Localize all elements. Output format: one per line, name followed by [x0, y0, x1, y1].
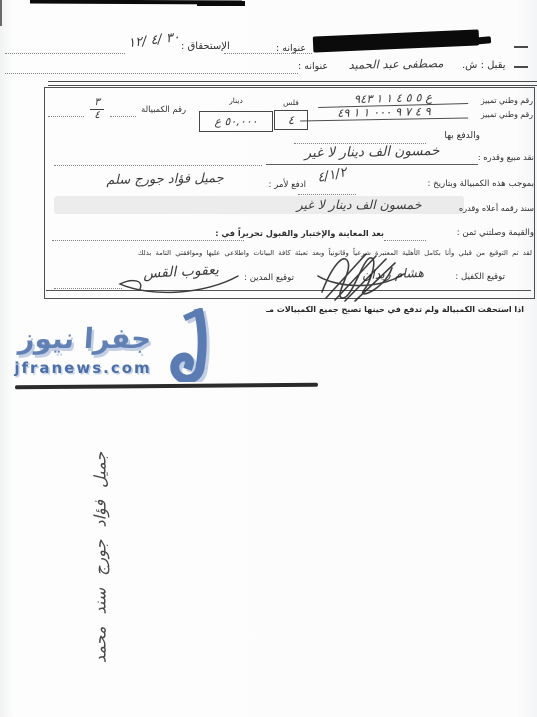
inspection-label: بعد المعاينة والإختبار والقبول تحريراً ف…: [246, 228, 384, 238]
guarantor-signature-scribble: [312, 246, 408, 302]
national-id-label-2: رقم وطني تمييز: [471, 110, 533, 119]
due-date-label: الإستحقاق :: [181, 41, 230, 52]
payee-name-value: جميل فؤاد جورج سلم: [82, 171, 248, 189]
reference-value: خمسون الف دينار لا غير: [266, 197, 452, 212]
redaction-bar-tail: [473, 36, 492, 45]
dotted-line: [298, 192, 356, 195]
bill-number-denominator: ٤: [94, 110, 100, 121]
dotted-line: [48, 114, 84, 117]
footnote-text: اذا استحقت الكمبيالة ولم تدفع في حينها ت…: [208, 305, 524, 314]
scanned-promissory-note: ٣٠ /٤ /١٢ الإستحقاق : عنوانه : يقبل : ش.…: [0, 0, 537, 717]
bill-number-label: رقم الكمبيالة: [138, 104, 186, 114]
watermark-arabic-text: جفرا نيوز: [11, 322, 159, 355]
debtor-signature-flourish: [114, 272, 242, 296]
dotted-line: [384, 238, 426, 241]
dotted-line: [52, 238, 244, 241]
dotted-line: [5, 51, 125, 54]
scan-artifact-left-edge: [0, 0, 2, 26]
reference-label: سند رقمه أعلاه وقدره: [450, 203, 534, 213]
redaction-bar: [313, 29, 480, 52]
acceptor-label: يقبل : ش.: [462, 60, 514, 71]
dotted-line: [54, 286, 122, 289]
amount-underline: [266, 162, 478, 165]
fils-value: ٤: [288, 113, 294, 127]
amount-label: نقد مبيع وقدره :: [476, 152, 534, 162]
due-date-value: ٣٠ /٤ /١٢: [125, 30, 182, 52]
dinar-value: ٥٠,٠٠٠ ع: [214, 115, 257, 128]
bill-number-fraction: ٣ ٤: [86, 97, 108, 120]
bill-number-numerator: ٣: [90, 97, 104, 110]
fils-label: فلس: [277, 98, 305, 107]
address-label-2: عنوانه :: [298, 61, 328, 72]
pay-order-label: ادفع لأمر :: [250, 180, 306, 190]
address-label-1: عنوانه :: [276, 43, 306, 54]
thick-separator-line: [15, 383, 318, 390]
fils-box: ٤: [274, 110, 308, 130]
jfranews-logo-icon: [156, 308, 210, 382]
value-received-label: والقيمة وصلتني ثمن :: [428, 228, 534, 238]
pay-with-label: والدفع بها: [426, 131, 480, 141]
debtor-signature-label: توقيع المدين :: [236, 273, 294, 283]
double-rule: [48, 81, 537, 86]
dotted-line: [5, 71, 298, 74]
per-bill-label: بموجب هذه الكمبيالة وبتاريخ :: [356, 179, 534, 189]
vertical-handwritten-note: جميل فؤاد جورج سند محمد: [91, 448, 110, 668]
margin-dash: [514, 66, 528, 68]
dinar-label: دينار: [216, 96, 256, 105]
scan-artifact-top-blob: [197, 1, 245, 6]
dotted-line: [110, 114, 136, 117]
national-id-value-2: ٩ ٤ ٧ ٩ ٠٠٠ ١ ١ ٤٩: [300, 104, 468, 122]
acceptor-name: مصطفى عبد الحميد: [332, 56, 460, 72]
guarantor-signature-label: توقيع الكفيل :: [443, 272, 505, 282]
margin-dash: [514, 46, 528, 48]
watermark-domain-text: jfranews.com: [8, 359, 158, 377]
national-id-label-1: رقم وطني تمييز: [471, 96, 533, 105]
dinar-box: ٥٠,٠٠٠ ع: [199, 111, 273, 132]
declaration-text: لقد تم التوقيع من قبلي وأنا بكامل الأهلي…: [54, 249, 532, 257]
dotted-line: [54, 163, 262, 166]
